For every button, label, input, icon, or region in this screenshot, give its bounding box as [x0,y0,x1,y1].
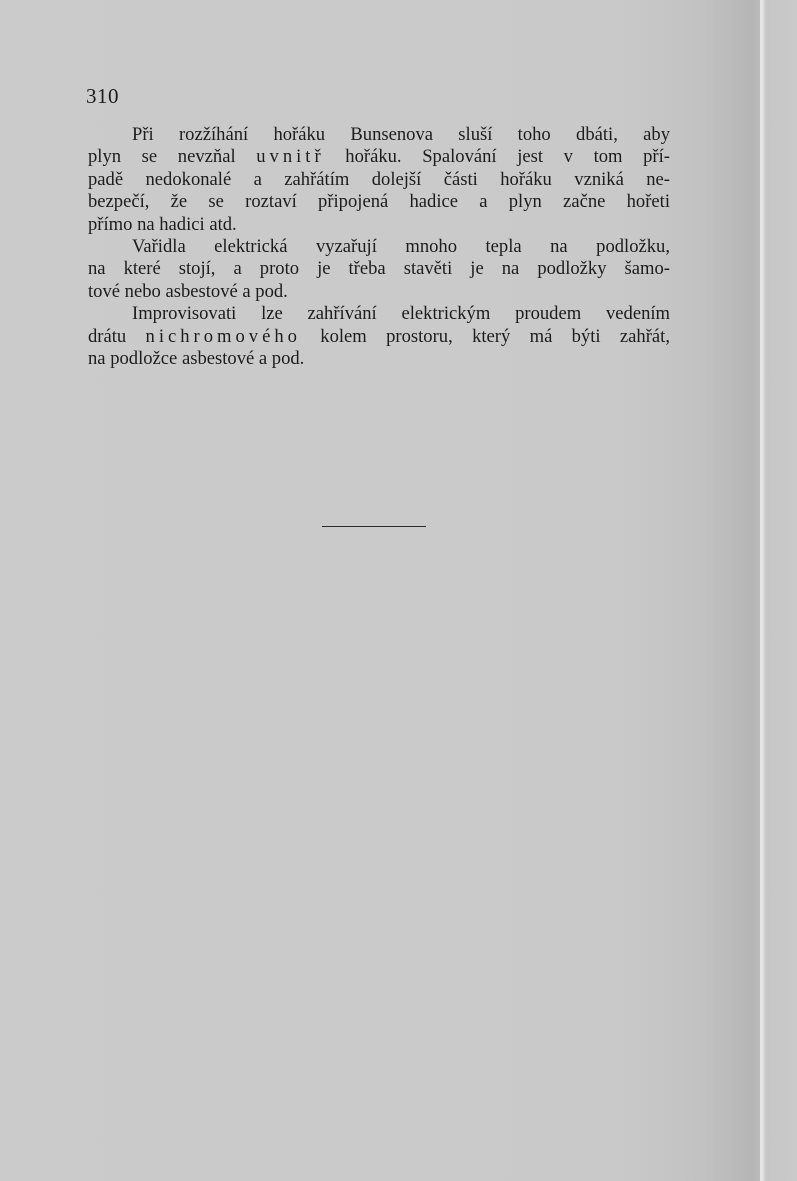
scanned-page: 310 Při rozžíhání hořáku Bunsenova sluší… [0,0,797,1181]
text-line: Vařidla elektrická vyzařují mnoho tepla … [88,236,670,258]
text-line: Při rozžíhání hořáku Bunsenova sluší toh… [88,124,670,146]
page-gutter [760,0,762,1181]
text-line: plyn se nevzňal uvnitř hořáku. Spalování… [88,146,670,168]
emphasized-word: nichromového [146,326,301,347]
emphasized-word: uvnitř [256,146,324,167]
page-number: 310 [86,84,119,109]
body-text: Při rozžíhání hořáku Bunsenova sluší toh… [88,124,670,370]
paragraph-3: Improvisovati lze zahřívání elektrickým … [88,303,670,370]
text-run: drátu [88,326,146,347]
text-run: kolem prostoru, který má býti zahřát, [301,326,670,347]
paragraph-2: Vařidla elektrická vyzařují mnoho tepla … [88,236,670,303]
text-run: plyn se nevzňal [88,146,256,167]
text-line: na podložce asbestové a pod. [88,348,670,370]
text-line: bezpečí, že se roztaví připojená hadice … [88,191,670,213]
section-divider [322,526,426,527]
text-run: hořáku. Spalování jest v tom pří- [325,146,670,167]
text-line: padě nedokonalé a zahřátím dolejší části… [88,169,670,191]
text-line: tové nebo asbestové a pod. [88,281,670,303]
text-line: drátu nichromového kolem prostoru, který… [88,326,670,348]
paragraph-1: Při rozžíhání hořáku Bunsenova sluší toh… [88,124,670,236]
text-line: přímo na hadici atd. [88,214,670,236]
text-line: Improvisovati lze zahřívání elektrickým … [88,303,670,325]
text-line: na které stojí, a proto je třeba stavěti… [88,258,670,280]
